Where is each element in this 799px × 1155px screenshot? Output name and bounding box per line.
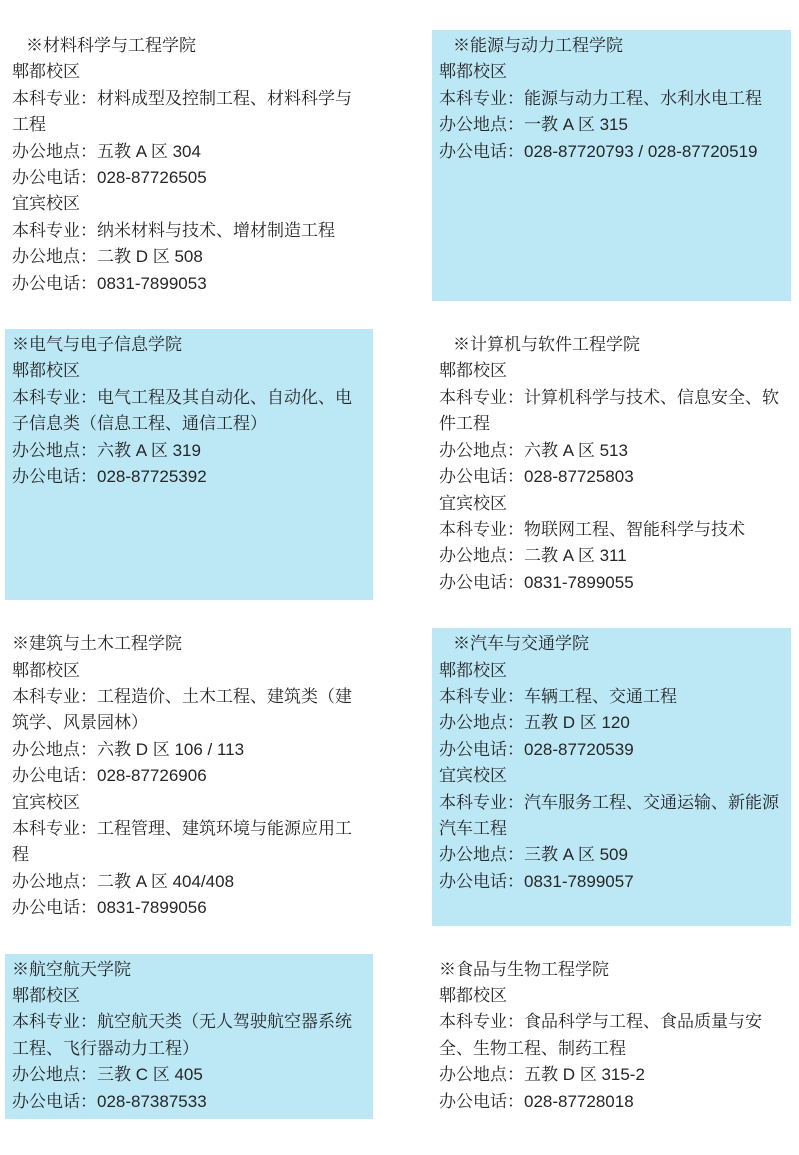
phone-line: 办公电话：0831-7899056 bbox=[12, 895, 366, 921]
phone-line: 办公电话：0831-7899053 bbox=[12, 271, 366, 297]
campus-name: 宜宾校区 bbox=[12, 191, 366, 217]
campus-name: 郫都校区 bbox=[439, 983, 784, 1009]
majors-line: 本科专业：电气工程及其自动化、自动化、电子信息类（信息工程、通信工程） bbox=[12, 385, 366, 438]
location-line: 办公地点：五教 D 区 120 bbox=[439, 710, 784, 736]
majors-line: 本科专业：纳米材料与技术、增材制造工程 bbox=[12, 218, 366, 244]
college-title: ※汽车与交通学院 bbox=[439, 631, 784, 657]
college-title: ※材料科学与工程学院 bbox=[12, 33, 366, 59]
location-line: 办公地点：二教 D 区 508 bbox=[12, 244, 366, 270]
campus-name: 宜宾校区 bbox=[439, 491, 784, 517]
campus-name: 郫都校区 bbox=[439, 59, 784, 85]
location-line: 办公地点：五教 A 区 304 bbox=[12, 139, 366, 165]
college-card-food-bioengineering: ※食品与生物工程学院 郫都校区本科专业：食品科学与工程、食品质量与安全、生物工程… bbox=[432, 954, 791, 1119]
college-card-aerospace: ※航空航天学院 郫都校区本科专业：航空航天类（无人驾驶航空器系统工程、飞行器动力… bbox=[5, 954, 373, 1119]
college-title: ※计算机与软件工程学院 bbox=[439, 332, 784, 358]
phone-line: 办公电话：028-87720793 / 028-87720519 bbox=[439, 139, 784, 165]
majors-line: 本科专业：工程管理、建筑环境与能源应用工程 bbox=[12, 816, 366, 869]
phone-line: 办公电话：028-87726906 bbox=[12, 763, 366, 789]
college-card-energy-power: ※能源与动力工程学院 郫都校区本科专业：能源与动力工程、水利水电工程办公地点：一… bbox=[432, 30, 791, 301]
phone-line: 办公电话：028-87728018 bbox=[439, 1089, 784, 1115]
college-card-computer-software: ※计算机与软件工程学院 郫都校区本科专业：计算机科学与技术、信息安全、软件工程办… bbox=[432, 329, 791, 600]
phone-line: 办公电话：028-87726505 bbox=[12, 165, 366, 191]
college-card-automotive-transportation: ※汽车与交通学院 郫都校区本科专业：车辆工程、交通工程办公地点：五教 D 区 1… bbox=[432, 628, 791, 925]
campus-name: 郫都校区 bbox=[12, 983, 366, 1009]
campus-name: 郫都校区 bbox=[439, 658, 784, 684]
location-line: 办公地点：五教 D 区 315-2 bbox=[439, 1062, 784, 1088]
phone-line: 办公电话：028-87720539 bbox=[439, 737, 784, 763]
majors-line: 本科专业：车辆工程、交通工程 bbox=[439, 684, 784, 710]
college-card-materials: ※材料科学与工程学院 郫都校区本科专业：材料成型及控制工程、材料科学与工程办公地… bbox=[5, 30, 373, 301]
campus-name: 郫都校区 bbox=[12, 658, 366, 684]
college-title: ※建筑与土木工程学院 bbox=[12, 631, 366, 657]
campus-name: 郫都校区 bbox=[439, 358, 784, 384]
campus-name: 郫都校区 bbox=[12, 59, 366, 85]
majors-line: 本科专业：航空航天类（无人驾驶航空器系统工程、飞行器动力工程） bbox=[12, 1009, 366, 1062]
college-card-electrical-electronic-info: ※电气与电子信息学院 郫都校区本科专业：电气工程及其自动化、自动化、电子信息类（… bbox=[5, 329, 373, 600]
page: ※材料科学与工程学院 郫都校区本科专业：材料成型及控制工程、材料科学与工程办公地… bbox=[0, 0, 799, 1155]
location-line: 办公地点：六教 A 区 319 bbox=[12, 438, 366, 464]
college-card-architecture-civil: ※建筑与土木工程学院 郫都校区本科专业：工程造价、土木工程、建筑类（建筑学、风景… bbox=[5, 628, 373, 925]
phone-line: 办公电话：028-87725392 bbox=[12, 464, 366, 490]
majors-line: 本科专业：能源与动力工程、水利水电工程 bbox=[439, 86, 784, 112]
majors-line: 本科专业：汽车服务工程、交通运输、新能源汽车工程 bbox=[439, 790, 784, 843]
campus-name: 宜宾校区 bbox=[439, 763, 784, 789]
phone-line: 办公电话：0831-7899057 bbox=[439, 869, 784, 895]
campus-name: 宜宾校区 bbox=[12, 790, 366, 816]
college-title: ※能源与动力工程学院 bbox=[439, 33, 784, 59]
location-line: 办公地点：三教 A 区 509 bbox=[439, 842, 784, 868]
college-title: ※航空航天学院 bbox=[12, 957, 366, 983]
campus-name: 郫都校区 bbox=[12, 358, 366, 384]
location-line: 办公地点：三教 C 区 405 bbox=[12, 1062, 366, 1088]
majors-line: 本科专业：计算机科学与技术、信息安全、软件工程 bbox=[439, 385, 784, 438]
college-grid: ※材料科学与工程学院 郫都校区本科专业：材料成型及控制工程、材料科学与工程办公地… bbox=[0, 0, 799, 1119]
majors-line: 本科专业：食品科学与工程、食品质量与安全、生物工程、制药工程 bbox=[439, 1009, 784, 1062]
phone-line: 办公电话：028-87725803 bbox=[439, 464, 784, 490]
location-line: 办公地点：六教 D 区 106 / 113 bbox=[12, 737, 366, 763]
location-line: 办公地点：一教 A 区 315 bbox=[439, 112, 784, 138]
majors-line: 本科专业：工程造价、土木工程、建筑类（建筑学、风景园林） bbox=[12, 684, 366, 737]
majors-line: 本科专业：物联网工程、智能科学与技术 bbox=[439, 517, 784, 543]
majors-line: 本科专业：材料成型及控制工程、材料科学与工程 bbox=[12, 86, 366, 139]
location-line: 办公地点：二教 A 区 311 bbox=[439, 543, 784, 569]
phone-line: 办公电话：0831-7899055 bbox=[439, 570, 784, 596]
location-line: 办公地点：六教 A 区 513 bbox=[439, 438, 784, 464]
college-title: ※电气与电子信息学院 bbox=[12, 332, 366, 358]
college-title: ※食品与生物工程学院 bbox=[439, 957, 784, 983]
location-line: 办公地点：二教 A 区 404/408 bbox=[12, 869, 366, 895]
phone-line: 办公电话：028-87387533 bbox=[12, 1089, 366, 1115]
